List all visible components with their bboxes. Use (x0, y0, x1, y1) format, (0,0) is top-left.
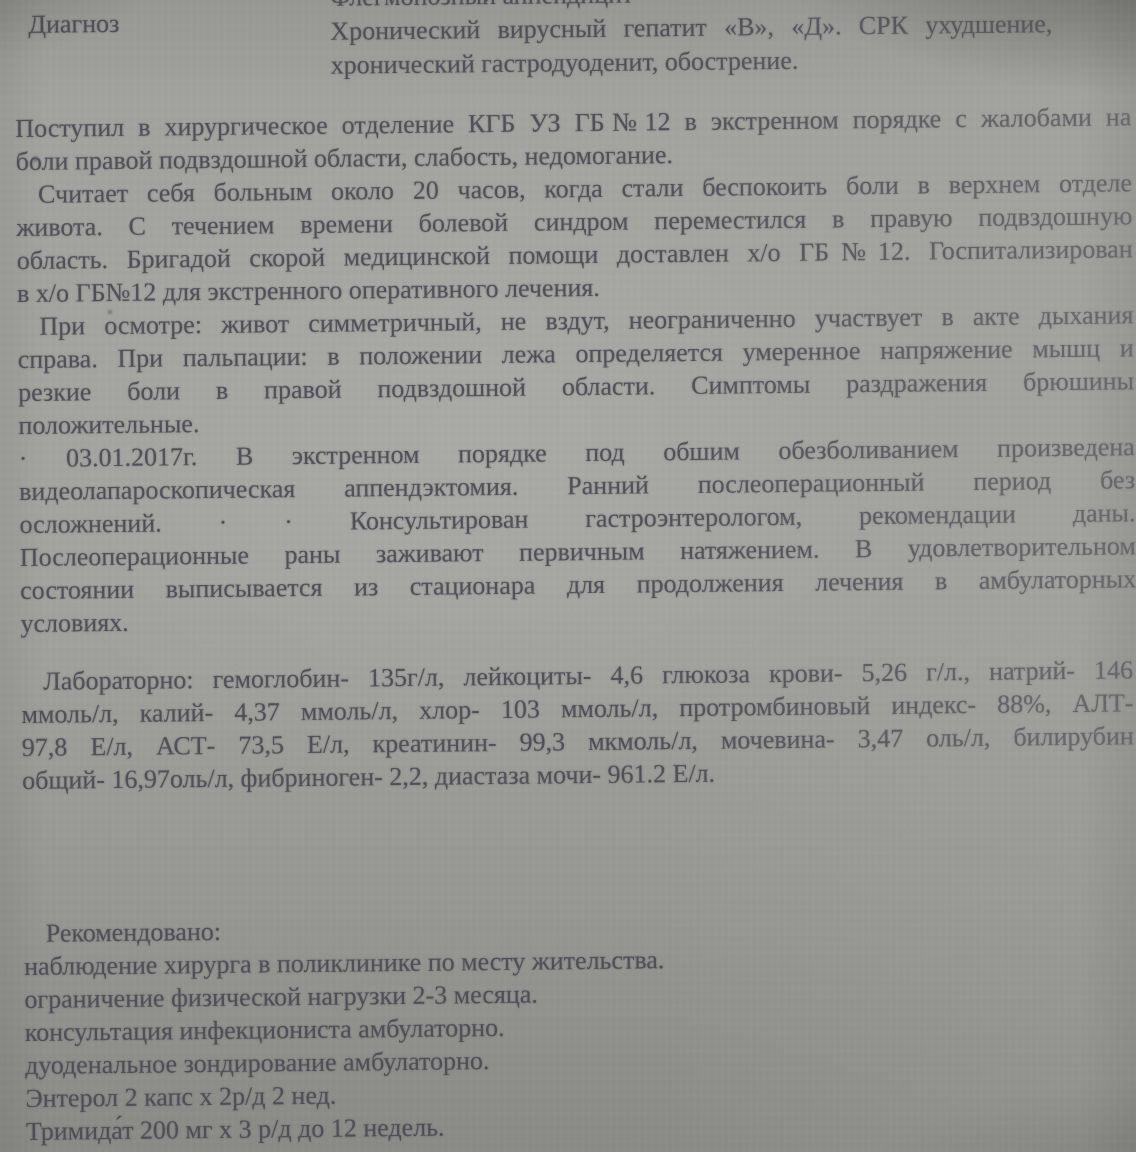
laboratory-section: Лабораторно: гемоглобин- 135г/л, лейкоци… (7, 628, 1136, 797)
diagnosis-line: хронический гастродуоденит, обострение. (331, 41, 1053, 83)
document-photo: Диагноз Флегмонозный аппендицит Хроничес… (0, 0, 1136, 1152)
diagnosis-section: Диагноз Флегмонозный аппендицит Хроничес… (0, 0, 1136, 95)
paper-speck (108, 310, 112, 314)
diagnosis-label: Диагноз (28, 7, 119, 42)
document-sheet: Диагноз Флегмонозный аппендицит Хроничес… (0, 0, 1136, 1148)
recommendations-section: Рекомендовано: наблюдение хирурга в поли… (8, 785, 1136, 1148)
paper-speck (33, 156, 38, 162)
diagnosis-text: Флегмонозный аппендицит Хронический виру… (330, 0, 1053, 83)
anamnesis-section: Поступил в хирургическое отделение КГБ У… (1, 83, 1136, 640)
